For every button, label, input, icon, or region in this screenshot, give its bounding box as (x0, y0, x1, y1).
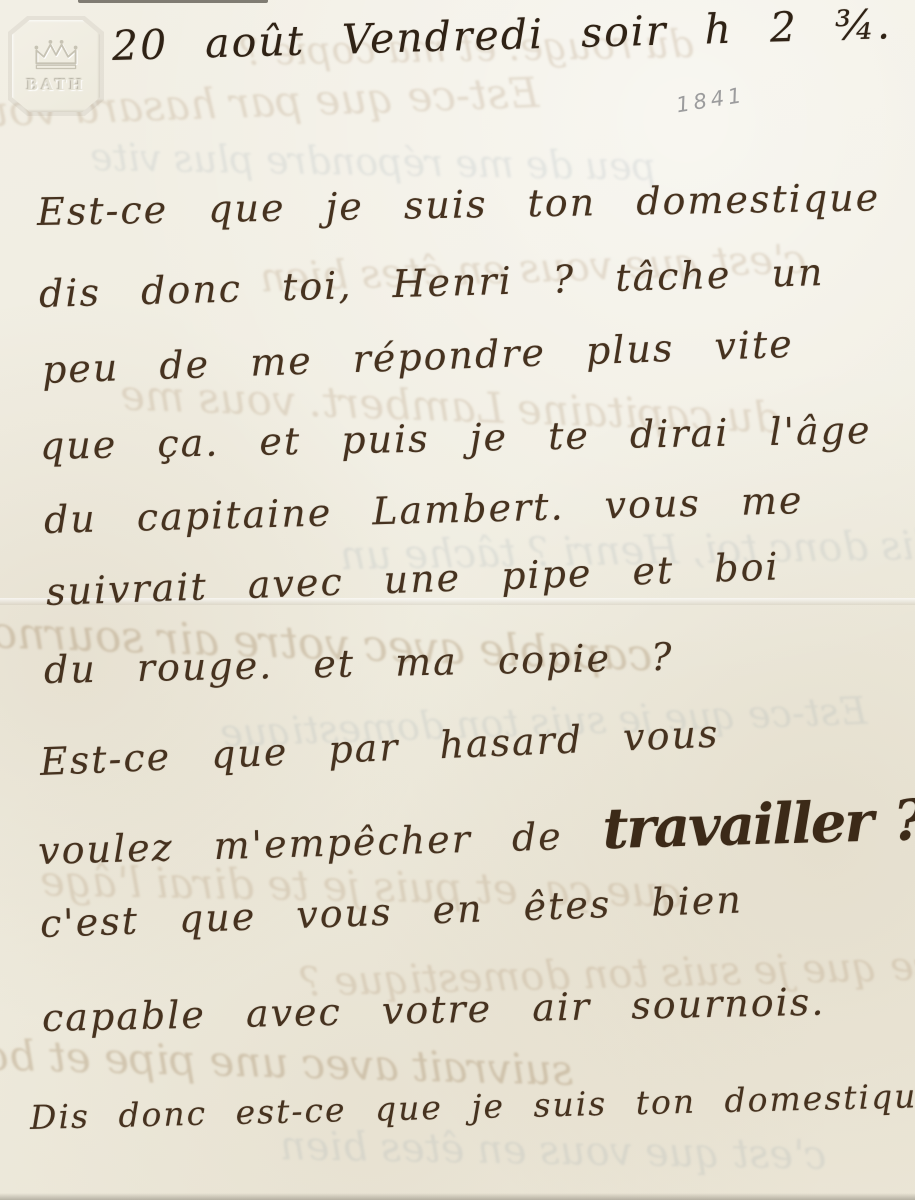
handwriting-line-2: dis donc toi, Henri ? tâche un (38, 250, 825, 316)
handwriting-line-3: peu de me répondre plus vite (41, 322, 794, 392)
handwriting-line-10: c'est que vous en êtes bien (39, 877, 743, 946)
handwriting-line-1: Est-ce que je suis ton domestique (37, 175, 881, 234)
date-line: 20 août Vendredi soir h 2 ¾. (111, 0, 892, 70)
pencil-year-annotation: 1841 (675, 83, 747, 118)
handwriting-line-11: capable avec votre air sournois. (42, 980, 826, 1040)
emphasized-word-travailler: travailler ? (602, 787, 915, 862)
letter-page: Est-ce que par hasard vous peu de me rép… (0, 0, 915, 1200)
scan-edge-artifact (78, 0, 268, 3)
handwriting-line-9-prefix: voulez m'empêcher de (38, 813, 604, 873)
verso-showthrough-line: c'est que vous en êtes bien (280, 1123, 827, 1179)
stamp-maker-name: BATH (27, 75, 86, 95)
handwriting-line-8: Est-ce que par hasard vous (39, 712, 720, 784)
crown-icon (28, 37, 84, 71)
handwriting-line-12: Dis donc est-ce que je suis ton domestiq… (30, 1075, 915, 1137)
handwriting-line-4: que ça. et puis je te dirai l'âge (40, 408, 872, 468)
handwriting-line-9: voulez m'empêcher de travailler ? (37, 787, 915, 878)
bath-embossed-stamp-inner: BATH (12, 20, 100, 112)
handwriting-line-5: du capitaine Lambert. vous me (43, 478, 804, 542)
verso-showthrough-line: suivrait avec une pipe et boi (0, 1030, 574, 1095)
page-bottom-edge (0, 1193, 915, 1200)
bath-embossed-stamp: BATH (8, 16, 104, 116)
handwriting-line-7: du rouge. et ma copie ? (44, 635, 674, 692)
